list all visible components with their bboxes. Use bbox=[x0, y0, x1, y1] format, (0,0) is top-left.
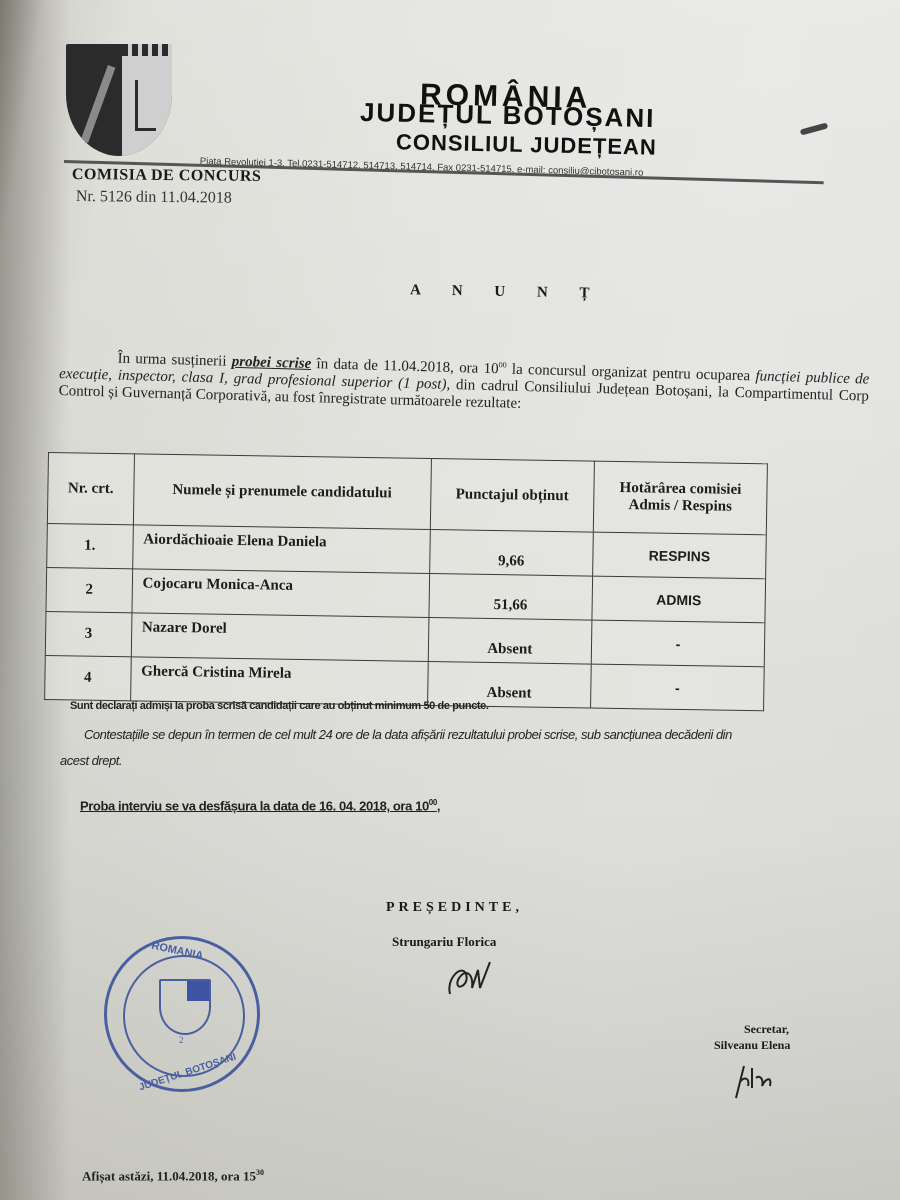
candidate-decision: RESPINS bbox=[593, 532, 767, 579]
results-table: Nr. crt. Numele și prenumele candidatulu… bbox=[44, 452, 768, 711]
table-header-row: Nr. crt. Numele și prenumele candidatulu… bbox=[47, 453, 767, 535]
candidate-score: 51,66 bbox=[429, 574, 593, 621]
commission-name: COMISIA DE CONCURS bbox=[72, 166, 262, 186]
header-council: CONSILIUL JUDEȚEAN bbox=[396, 129, 657, 160]
appeal-line-1: Contestațiile se depun în termen de cel … bbox=[60, 722, 860, 748]
interview-time-sup: 00 bbox=[429, 798, 437, 807]
candidate-score: 9,66 bbox=[429, 530, 593, 577]
official-stamp: ROMANIA 2 JUDEȚUL BOTOȘANI bbox=[104, 936, 260, 1092]
exam-type: probei scrise bbox=[232, 354, 312, 372]
interview-notice: Proba interviu se va desfășura la data d… bbox=[80, 798, 440, 813]
secretary-title: Secretar, bbox=[744, 1022, 789, 1037]
president-name: Strungariu Florica bbox=[392, 934, 496, 950]
candidate-decision: ADMIS bbox=[592, 576, 766, 623]
appeal-line-2: acest drept. bbox=[60, 748, 860, 774]
intro-paragraph: În urma susținerii probei scrise în data… bbox=[58, 344, 869, 423]
posted-date: Afișat astăzi, 11.04.2018, ora 1530 bbox=[82, 1168, 264, 1184]
secretary-name: Silveanu Elena bbox=[714, 1038, 790, 1053]
stamp-number: 2 bbox=[179, 1035, 184, 1045]
pen-icon bbox=[800, 122, 829, 135]
header-nr: Nr. crt. bbox=[47, 453, 134, 525]
header-score: Punctajul obținut bbox=[430, 459, 594, 533]
appeal-notice: Contestațiile se depun în termen de cel … bbox=[60, 722, 860, 774]
president-signature-icon bbox=[444, 958, 506, 1002]
county-coat-of-arms-icon bbox=[66, 44, 172, 156]
candidate-decision: - bbox=[591, 620, 765, 667]
row-nr: 2 bbox=[46, 567, 132, 612]
candidate-name: Aiordăchioaie Elena Daniela bbox=[132, 525, 430, 574]
candidate-name: Nazare Dorel bbox=[131, 613, 429, 662]
president-title: PREȘEDINTE, bbox=[386, 900, 523, 916]
posted-time-sup: 30 bbox=[256, 1168, 264, 1177]
stamp-shield-icon bbox=[159, 979, 211, 1035]
document-title: A N U N Ț bbox=[410, 282, 604, 302]
document-page: ROMÂNIA JUDEȚUL BOTOȘANI CONSILIUL JUDEȚ… bbox=[0, 0, 900, 1200]
admission-note: Sunt declarați admiși la proba scrisă ca… bbox=[70, 700, 489, 712]
registration-number: Nr. 5126 din 11.04.2018 bbox=[76, 188, 232, 208]
row-nr: 1. bbox=[47, 523, 133, 568]
header-decision: Hotărârea comisiei Admis / Respins bbox=[593, 461, 767, 535]
candidate-decision: - bbox=[591, 664, 765, 711]
header-name: Numele și prenumele candidatului bbox=[133, 454, 431, 530]
row-nr: 3 bbox=[45, 611, 131, 656]
candidate-name: Cojocaru Monica-Anca bbox=[132, 569, 430, 618]
row-nr: 4 bbox=[45, 655, 131, 700]
secretary-signature-icon bbox=[730, 1058, 780, 1102]
interview-text: Proba interviu se va desfășura la data d… bbox=[80, 798, 429, 813]
candidate-name: Ghercă Cristina Mirela bbox=[130, 657, 428, 706]
candidate-score: Absent bbox=[428, 617, 592, 664]
posted-text: Afișat astăzi, 11.04.2018, ora 15 bbox=[82, 1168, 256, 1183]
